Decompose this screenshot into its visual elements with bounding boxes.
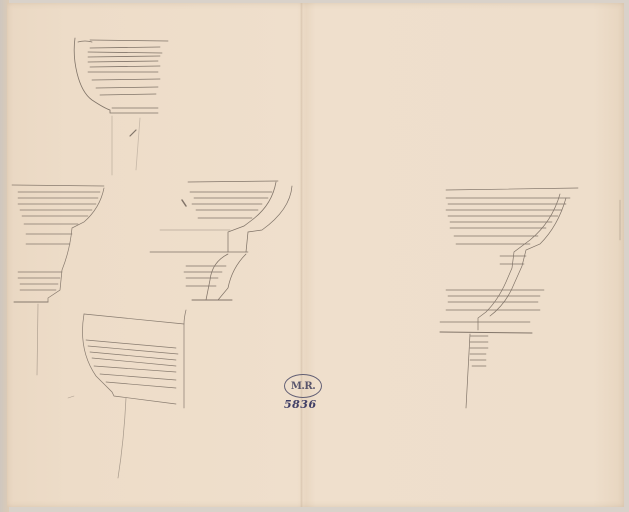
- collection-stamp: M.R.: [284, 374, 322, 398]
- scanned-page: M.R. 5836: [0, 0, 629, 512]
- stray-marks: [68, 200, 620, 398]
- sketch-top-cornice: [74, 38, 168, 175]
- stamp-text: M.R.: [291, 381, 315, 392]
- sketch-center-moulding: [150, 181, 292, 300]
- sketch-lower-block: [83, 310, 187, 478]
- moulding-sketches: [0, 0, 629, 512]
- sketch-right-cornice: [440, 188, 578, 408]
- inventory-number: 5836: [284, 398, 324, 411]
